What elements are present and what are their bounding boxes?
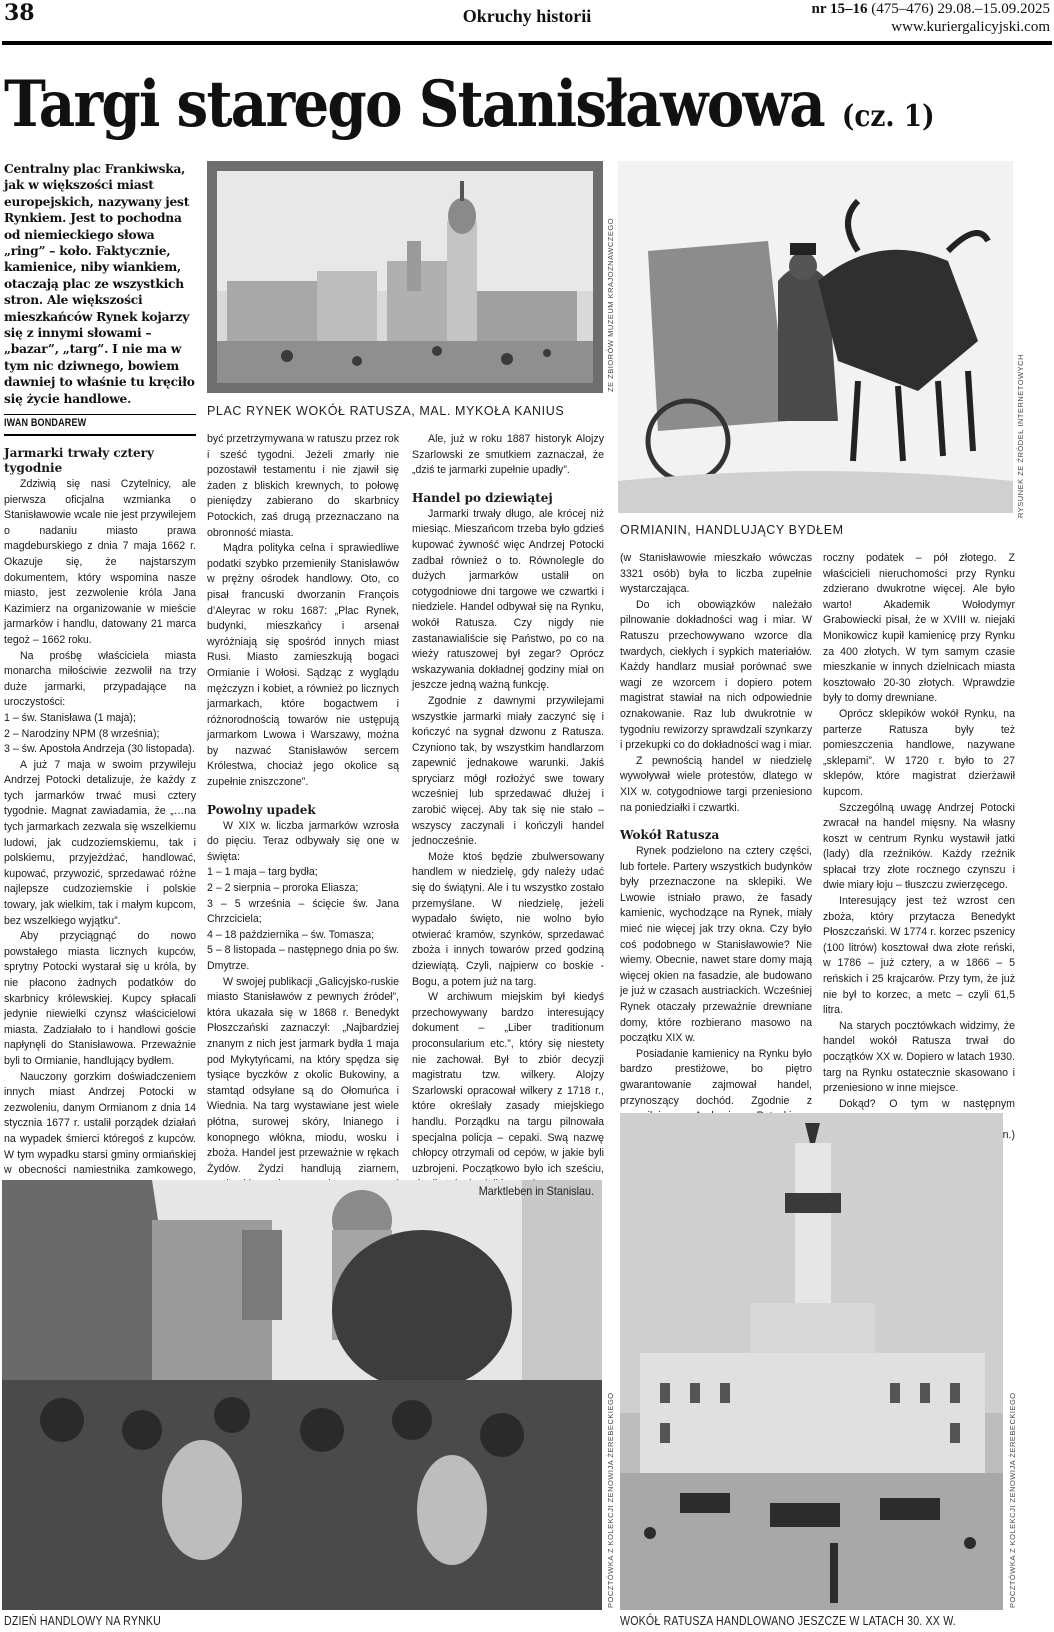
header-rule [2,41,1052,45]
section-heading: Wokół Ratusza [620,828,812,843]
paragraph: roczny podatek – pół złotego. Z właścici… [823,551,1015,707]
paragraph: (w Stanisławowie mieszkało wówczas 3321 … [620,551,812,598]
paragraph: Interesujący jest też wzrost cen zboża, … [823,894,1015,1019]
author-byline: IWAN BONDAREW [4,417,86,429]
town-hall-photo [620,1113,1003,1610]
painting-caption: PLAC RYNEK WOKÓŁ RATUSZA, MAL. MYKOŁA KA… [207,404,564,418]
paragraph: Szczególną uwagę Andrzej Potocki zwracał… [823,801,1015,895]
page-header: 38 Okruchy historii nr 15–16 (475–476) 2… [0,0,1054,44]
paragraph: Jarmarki trwały długo, ale krócej niż mi… [412,507,604,694]
town-hall-caption: WOKÓŁ RATUSZA HANDLOWANO JESZCZE W LATAC… [620,1614,956,1628]
paragraph: Z pewnością handel w niedzielę wywoływał… [620,754,812,816]
article-column-1: Jarmarki trwały cztery tygodnie Zdziwią … [4,446,196,1241]
list-item: 3 – 5 września – ścięcie św. Jana Chrzci… [207,897,399,928]
list-item: 1 – św. Stanisława (1 maja); [4,711,196,727]
list-item: 4 – 18 października – św. Tomasza; [207,928,399,944]
issue-dates: (475–476) 29.08.–15.09.2025 [868,1,1051,17]
issue-number: nr 15–16 [812,1,868,17]
paragraph: Aby przyciągnąć do nowo powstałego miast… [4,929,196,1069]
painting-image [207,161,603,393]
article-column-4: (w Stanisławowie mieszkało wówczas 3321 … [620,551,812,1140]
list-item: 2 – 2 sierpnia – proroka Eliasza; [207,881,399,897]
paragraph: W XIX w. liczba jarmarków wzrosła do pię… [207,819,399,866]
paragraph: Na prośbę właściciela miasta monarcha mi… [4,649,196,711]
paragraph: być przetrzymywana w ratuszu przez rok i… [207,432,399,541]
paragraph: Rynek podzielono na cztery części, lub f… [620,844,812,1047]
market-day-photo: Marktleben in Stanislau. [2,1180,602,1610]
article-column-5: roczny podatek – pół złotego. Z właścici… [823,551,1015,1144]
paragraph: Do ich obowiązków należało pilnowanie do… [620,598,812,754]
paragraph: Na starych pocztówkach widzimy, że hande… [823,1019,1015,1097]
part-label: (cz. 1) [842,99,935,134]
section-heading: Jarmarki trwały cztery tygodnie [4,446,196,476]
byline-rule-bottom [4,434,196,436]
article-column-3: Ale, już w roku 1887 historyk Alojzy Sza… [412,432,604,1193]
postcard-inscription: Marktleben in Stanislau. [479,1184,594,1198]
article-column-2: być przetrzymywana w ratuszu przez rok i… [207,432,399,1209]
town-hall-credit: POCZTÓWKA Z KOLEKCJI ZENOWIJA ŻEREBECKIE… [1008,1392,1017,1608]
paragraph: Mądra polityka celna i sprawiedliwe poda… [207,541,399,791]
paragraph: W swojej publikacji „Galicyjsko-ruskie m… [207,975,399,1209]
armenian-caption: ORMIANIN, HANDLUJĄCY BYDŁEM [620,523,844,537]
section-heading: Handel po dziewiątej [412,491,604,506]
market-day-caption: DZIEŃ HANDLOWY NA RYNKU [4,1614,161,1628]
article-lead: Centralny plac Frankiwska, jak w większo… [4,161,196,407]
section-heading: Powolny upadek [207,803,399,818]
website: www.kuriergalicyjski.com [812,18,1050,36]
article-title: Targi starego Stanisławowa (cz. 1) [4,60,935,162]
byline-rule-top [4,414,196,415]
title-text: Targi starego Stanisławowa [4,67,824,142]
paragraph: Zdziwią się nasi Czytelnicy, ale pierwsz… [4,477,196,649]
armenian-drawing-image [618,161,1013,513]
list-item: 5 – 8 listopada – następnego dnia po św.… [207,943,399,974]
paragraph: Oprócz sklepików wokół Rynku, na parterz… [823,707,1015,801]
paragraph: Zgodnie z dawnymi przywilejami wszystkie… [412,694,604,850]
list-item: 3 – św. Apostoła Andrzeja (30 listopada)… [4,742,196,758]
list-item: 2 – Narodziny NPM (8 września); [4,727,196,743]
armenian-credit: RYSUNEK ZE ŹRÓDEŁ INTERNETOWYCH [1016,354,1025,518]
painting-credit: ZE ZBIORÓW MUZEUM KRAJOZNAWCZEGO [606,218,615,392]
market-day-credit: POCZTÓWKA Z KOLEKCJI ZENOWIJA ŻEREBECKIE… [606,1392,615,1608]
paragraph: Ale, już w roku 1887 historyk Alojzy Sza… [412,432,604,479]
paragraph: A już 7 maja w swoim przywileju Andrzej … [4,758,196,930]
paragraph: Może ktoś będzie zbulwersowany handlem w… [412,850,604,990]
list-item: 1 – 1 maja – targ bydła; [207,865,399,881]
paragraph: W archiwum miejskim był kiedyś przechowy… [412,990,604,1193]
issue-info: nr 15–16 (475–476) 29.08.–15.09.2025 www… [812,0,1050,36]
